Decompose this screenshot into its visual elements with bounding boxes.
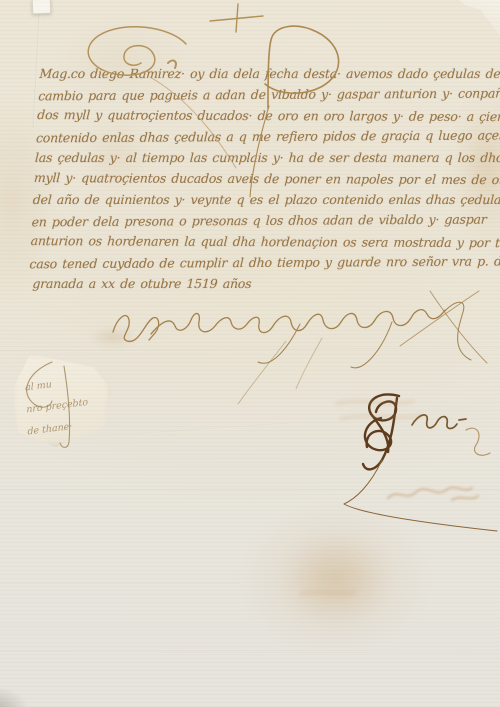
manuscript-page: al mu nro preçebto de thane· Mag.co dieg… [0,0,500,707]
fold-crease [0,651,500,655]
corner-shadow [0,686,30,707]
manuscript-line: myll y· quatroçientos ducados aveis de p… [33,167,470,190]
flourished-autograph-line [113,291,487,404]
manuscript-line: Mag.co diego Ramirez· oy dia dela fecha … [39,63,476,84]
fold-crease [0,348,500,353]
marginal-note: al mu nro preçebto de thane· [25,366,118,443]
mounting-tab [32,0,51,14]
manuscript-dateline: granada a xx de otubre 1519 años [32,273,465,294]
letter-body: Mag.co diego Ramirez· oy dia dela fecha … [28,63,476,294]
corner-damage [450,0,500,36]
manuscript-line: contenido enlas dhas çedulas a q me refi… [36,125,473,149]
stain-smudge [90,328,136,346]
manuscript-line: dos myll y quatroçientos ducados· de oro… [37,104,474,127]
fold-crease [0,489,500,491]
manuscript-line: anturion os hordenaren la qual dha horde… [30,230,467,253]
notarial-rubric-monogram [344,394,497,531]
manuscript-line: en poder dela presona o presonas q los d… [31,209,468,233]
manuscript-line: caso tened cuydado de cumplir al dho tie… [29,251,466,275]
stain-blot [282,533,390,625]
invocation-cross-icon [210,4,263,32]
manuscript-line: cambio para que pagueis a adan de vibald… [38,83,475,107]
fold-crease [130,422,290,435]
fold-crease [0,583,240,585]
manuscript-line: las çedulas y· al tiempo las cumplais y·… [34,147,471,168]
manuscript-line: del año de quinientos y· veynte q es el … [32,189,469,210]
